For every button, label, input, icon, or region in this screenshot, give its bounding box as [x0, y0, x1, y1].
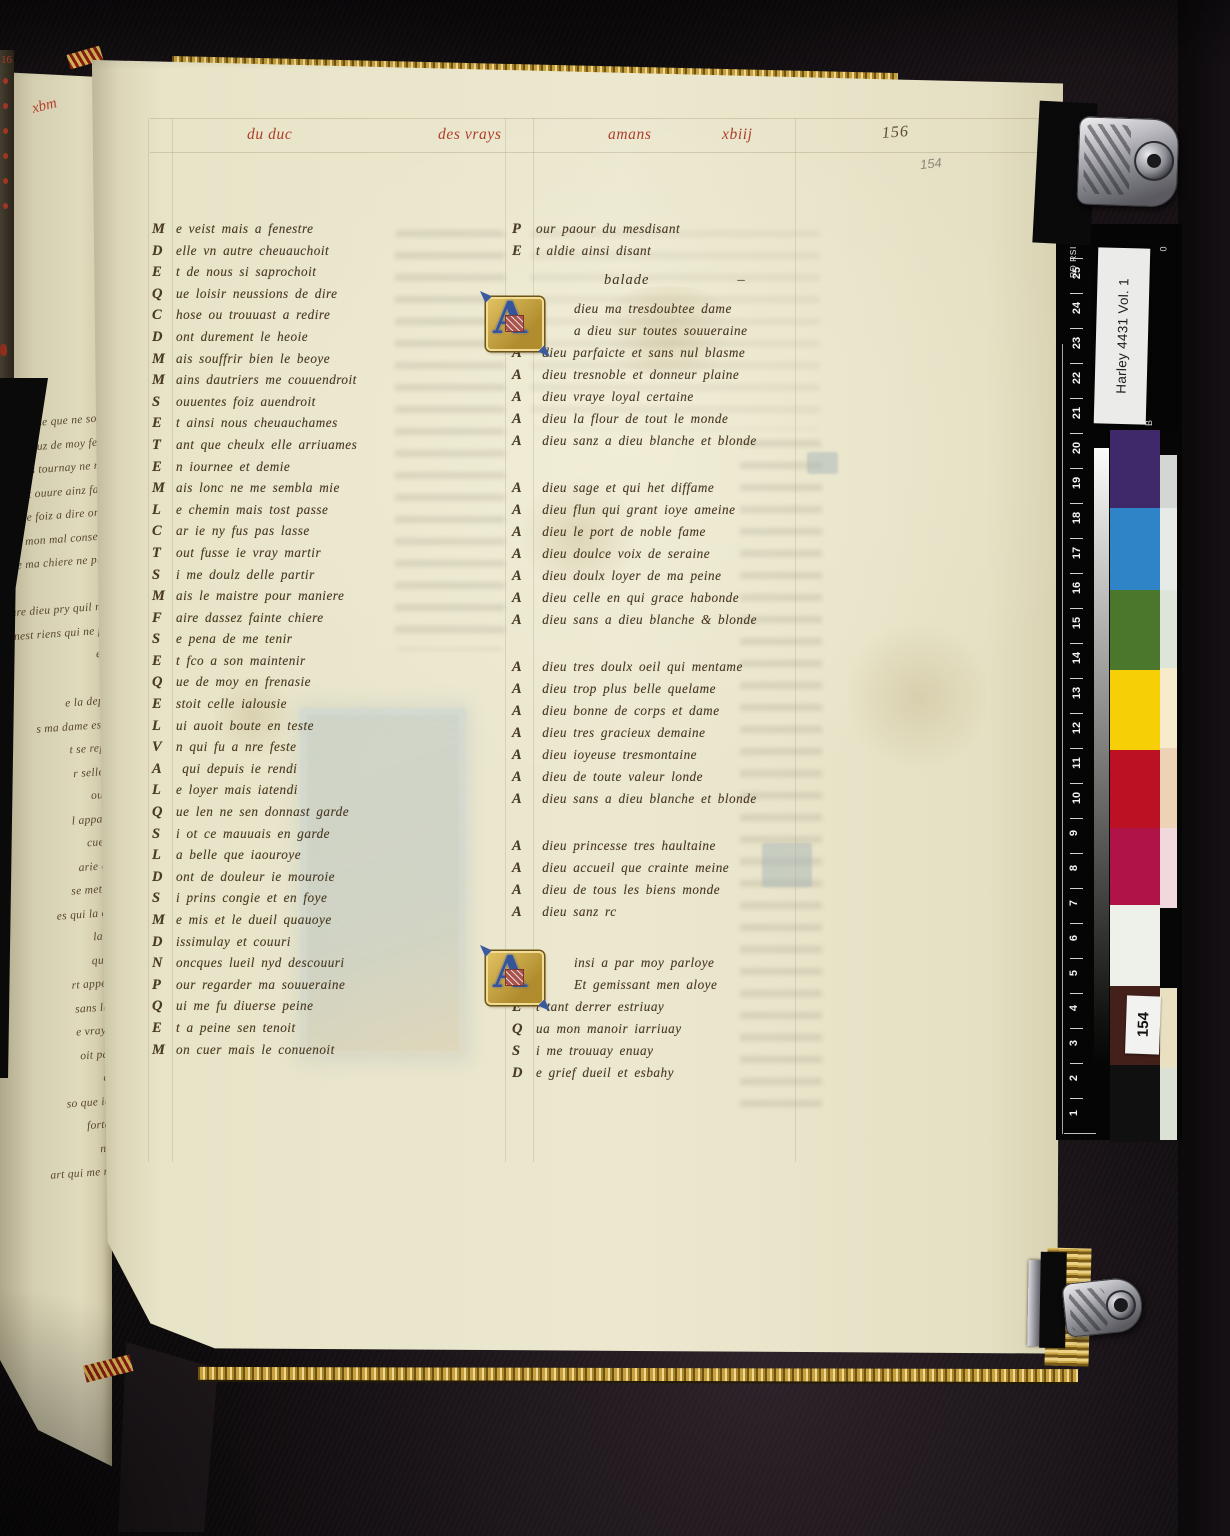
- manuscript-page: du duc des vrays amans xbiij 156 154 Me …: [88, 56, 1064, 1368]
- ruler-tick: [1070, 748, 1083, 749]
- verse-text: dieu le port de noble fame: [536, 524, 706, 539]
- verse-text: ue loisir neussions de dire: [176, 286, 337, 301]
- verse-line: A dieu la flour de tout le monde: [512, 411, 852, 433]
- verse-line: Mon cuer mais le conuenoit: [152, 1042, 487, 1064]
- verse-initial: E: [152, 415, 176, 432]
- verse-line: Se pena de me tenir: [152, 631, 487, 653]
- verse-text: dieu tresnoble et donneur plaine: [536, 367, 739, 382]
- ruler-cell: 11: [1064, 748, 1096, 783]
- verse-line: Et gemissant men aloye: [512, 977, 852, 999]
- illuminated-initial: A: [486, 297, 544, 351]
- verse-line: A dieu sans a dieu blanche & blonde: [512, 612, 852, 634]
- verse-line: Faire dassez fainte chiere: [152, 610, 487, 632]
- ruler-cell: 23: [1064, 328, 1096, 363]
- color-patch-black: [1110, 1065, 1160, 1142]
- ruler-tick: [1070, 1028, 1083, 1029]
- verse-line: Noncques lueil nyd descouuri: [152, 955, 487, 977]
- ruler-cell: 12: [1064, 713, 1096, 748]
- folio-number-ink: 156: [881, 123, 909, 143]
- color-patch-purple: [1110, 430, 1160, 508]
- verse-line: Si me trouuay enuay: [512, 1043, 852, 1065]
- verse-line: Me veist mais a fenestre: [152, 221, 487, 243]
- verse-line: A dieu bonne de corps et dame: [512, 703, 852, 725]
- verse-line: A dieu doulx loyer de ma peine: [512, 568, 852, 590]
- edge-rubric-dot: [3, 103, 8, 109]
- ruler-cell: 16: [1064, 573, 1096, 608]
- verse-text: Et gemissant men aloye: [574, 977, 717, 992]
- ruler-number: 14: [1071, 652, 1083, 664]
- verse-line: Et tant derrer estriuay: [512, 999, 852, 1021]
- ruler-number: 2: [1068, 1075, 1080, 1081]
- verse-initial: A: [512, 411, 536, 428]
- verse-initial: S: [512, 1043, 536, 1060]
- verse-text: e pena de me tenir: [176, 631, 292, 646]
- ruler-edge-line: [1062, 344, 1063, 1134]
- ruler-number: 18: [1071, 512, 1083, 524]
- ruler-number: 6: [1068, 935, 1080, 941]
- verse-text: dieu trop plus belle quelame: [536, 681, 716, 696]
- verse-line: A dieu le port de noble fame: [512, 524, 852, 546]
- ruler-tick: [1070, 958, 1083, 959]
- verse-text: dieu sans a dieu blanche et blonde: [536, 791, 757, 806]
- ruler-cell: 24: [1064, 293, 1096, 328]
- verse-line: Si me doulz delle partir: [152, 567, 487, 589]
- verse-line: Et fco a son maintenir: [152, 653, 487, 675]
- ruler-number: 20: [1071, 442, 1083, 454]
- ruler-tick: [1070, 713, 1083, 714]
- ruling-line: [150, 118, 1042, 119]
- pastel-patch-pale-green2: [1160, 1068, 1177, 1140]
- verse-text: n iournee et demie: [176, 459, 290, 474]
- verse-line: A dieu trop plus belle quelame: [512, 681, 852, 703]
- verse-text: i me doulz delle partir: [176, 567, 315, 582]
- ruler-cell: 7: [1064, 888, 1096, 923]
- ruler-number: 22: [1071, 372, 1083, 384]
- ruler-tick: [1070, 328, 1083, 329]
- verse-initial: D: [152, 329, 176, 346]
- pastel-patch-column: [1160, 430, 1177, 1140]
- edge-rubric-dot: [3, 128, 8, 134]
- verse-text: t tant derrer estriuay: [536, 999, 664, 1014]
- verse-line: Pour paour du mesdisant: [512, 221, 852, 243]
- verse-initial: E: [152, 653, 176, 670]
- right-column: Pour paour du mesdisantEt aldie ainsi di…: [512, 221, 852, 1087]
- verse-initial: M: [152, 351, 176, 368]
- verse-initial: P: [512, 221, 536, 238]
- ruler-number: 16: [1071, 582, 1083, 594]
- ruler-tick: [1070, 1098, 1083, 1099]
- verse-text: ua mon manoir iarriuay: [536, 1021, 682, 1036]
- ruler-tick: [1070, 783, 1083, 784]
- pastel-patch-peach: [1160, 748, 1177, 828]
- ruler-tick: [1070, 573, 1083, 574]
- illuminated-initial: A: [486, 951, 544, 1005]
- scribal-mark: –: [737, 272, 745, 288]
- verse-text: our paour du mesdisant: [536, 221, 680, 236]
- verse-initial: Q: [152, 998, 176, 1015]
- verse-initial: F: [152, 610, 176, 627]
- verse-text: t ainsi nous cheuauchames: [176, 415, 338, 430]
- verse-initial: E: [512, 243, 536, 260]
- verse-initial: A: [512, 769, 536, 786]
- edge-rubric-dot: [3, 178, 8, 184]
- ruler-tick: [1070, 853, 1083, 854]
- ruler-cell: 15: [1064, 608, 1096, 643]
- verse-text: dieu doulce voix de seraine: [536, 546, 710, 561]
- verse-initial: Q: [152, 804, 176, 821]
- verse-line: Que loisir neussions de dire: [152, 286, 487, 308]
- ruler-number: 8: [1068, 865, 1080, 871]
- verse-initial: A: [512, 546, 536, 563]
- verse-line: Si ot ce mauuais en garde: [152, 826, 487, 848]
- ruler-cell: 21: [1064, 398, 1096, 433]
- verse-line: Si prins congie et en foye: [152, 890, 487, 912]
- edge-rubric-dots: [3, 78, 8, 228]
- verse-initial: A: [512, 838, 536, 855]
- verse-line: A dieu accueil que crainte meine: [512, 860, 852, 882]
- verse-initial: L: [152, 502, 176, 519]
- verse-initial: A: [512, 389, 536, 406]
- ruler-tick: [1070, 538, 1083, 539]
- ruler-tick: [1070, 398, 1083, 399]
- color-patch-blue: [1110, 508, 1160, 590]
- verse-line: A dieu sanz rc: [512, 904, 852, 926]
- verse-line: Car ie ny fus pas lasse: [152, 523, 487, 545]
- bottom-metal-clip: [1061, 1276, 1144, 1338]
- verse-line: A dieu tres gracieux demaine: [512, 725, 852, 747]
- verse-text: e loyer mais iatendi: [176, 782, 298, 797]
- verse-line: Tout fusse ie vray martir: [152, 545, 487, 567]
- ruler-number: 9: [1068, 830, 1080, 836]
- ruler-tick: [1070, 433, 1083, 434]
- verse-initial: E: [152, 1020, 176, 1037]
- verse-text: i ot ce mauuais en garde: [176, 826, 330, 841]
- verse-text: dieu parfaicte et sans nul blasme: [536, 345, 745, 360]
- verse-line: Dissimulay et couuri: [152, 934, 487, 956]
- edge-rubric-number: 16: [1, 54, 12, 66]
- running-header-word: des vrays: [438, 126, 502, 144]
- verse-text: dieu vraye loyal certaine: [536, 389, 694, 404]
- ruler-cell: 8: [1064, 853, 1096, 888]
- verse-text: n qui fu a nre feste: [176, 739, 297, 754]
- ruler-tick: [1070, 363, 1083, 364]
- manuscript-photo: xbm ne chose que ne soyeui souuz de moy …: [0, 0, 1230, 1536]
- verse-line: Et a peine sen tenoit: [152, 1020, 487, 1042]
- verse-line: Le loyer mais iatendi: [152, 782, 487, 804]
- verse-text: dieu sanz a dieu blanche et blonde: [536, 433, 757, 448]
- verse-line: Tant que cheulx elle arriuames: [152, 437, 487, 459]
- verse-line: Delle vn autre cheuauchoit: [152, 243, 487, 265]
- verse-initial: M: [152, 480, 176, 497]
- verse-initial: M: [152, 221, 176, 238]
- top-metal-clip: [1076, 116, 1179, 207]
- verse-line: A dieu vraye loyal certaine: [512, 389, 852, 411]
- edge-rubric-dot: [3, 203, 8, 209]
- ruler-tick: [1070, 503, 1083, 504]
- verse-initial: M: [152, 372, 176, 389]
- verse-initial: Q: [152, 286, 176, 303]
- verse-line: Mais le maistre pour maniere: [152, 588, 487, 610]
- ruler-tick: [1070, 818, 1083, 819]
- edge-rubric-dot: [3, 153, 8, 159]
- verse-initial: A: [512, 882, 536, 899]
- pastel-patch-pink: [1160, 828, 1177, 908]
- ruler-number: 5: [1068, 970, 1080, 976]
- color-patch-white: [1110, 905, 1160, 986]
- verse-line: Me mis et le dueil quauoye: [152, 912, 487, 934]
- verse-line: Souuentes foiz auendroit: [152, 394, 487, 416]
- verse-block: Pour paour du mesdisantEt aldie ainsi di…: [512, 221, 852, 265]
- verse-line: A dieu sage et qui het diffame: [512, 480, 852, 502]
- verse-text: ant que cheulx elle arriuames: [176, 437, 357, 452]
- verse-line: A dieu de toute valeur londe: [512, 769, 852, 791]
- verse-text: dieu tres doulx oeil qui mentame: [536, 659, 743, 674]
- ruler-cell: 22: [1064, 363, 1096, 398]
- verse-text: i prins congie et en foye: [176, 890, 327, 905]
- verse-initial: A: [512, 747, 536, 764]
- verse-line: La belle que iaouroye: [152, 847, 487, 869]
- pastel-patch-gap-black2: [1160, 908, 1177, 988]
- pastel-patch-gap-black: [1160, 430, 1177, 455]
- verse-initial: A: [512, 524, 536, 541]
- verse-line: Dont de douleur ie mouroie: [152, 869, 487, 891]
- verse-line: Que len ne sen donnast garde: [152, 804, 487, 826]
- verse-block: A dieu princesse tres haultaineA dieu ac…: [512, 838, 852, 926]
- folio-label-text: 154: [1134, 1012, 1152, 1038]
- verse-initial: A: [512, 612, 536, 629]
- verse-initial: M: [152, 912, 176, 929]
- verse-line: insi a par moy parloye: [512, 955, 852, 977]
- illuminated-core: [506, 316, 523, 331]
- verse-initial: D: [512, 1065, 536, 1082]
- verse-initial: A: [512, 502, 536, 519]
- running-header-word: du duc: [247, 126, 292, 144]
- verse-initial: N: [152, 955, 176, 972]
- verse-line: Estoit celle ialousie: [152, 696, 487, 718]
- color-patch-yellow: [1110, 670, 1160, 750]
- verse-line: Mais lonc ne me sembla mie: [152, 480, 487, 502]
- ruler-cell: 20: [1064, 433, 1096, 468]
- illuminated-core: [506, 970, 523, 985]
- verse-initial: A: [512, 681, 536, 698]
- verse-text: dieu sans a dieu blanche & blonde: [536, 612, 757, 627]
- verse-line: Et ainsi nous cheuauchames: [152, 415, 487, 437]
- verse-line: Lui auoit boute en teste: [152, 718, 487, 740]
- ballade-heading: balade: [604, 272, 649, 288]
- verse-text: a dieu sur toutes souueraine: [574, 323, 747, 338]
- verse-line: A dieu parfaicte et sans nul blasme: [512, 345, 852, 367]
- verse-text: hose ou trouuast a redire: [176, 307, 330, 322]
- verse-initial: E: [152, 264, 176, 281]
- verse-line: A dieu tres doulx oeil qui mentame: [512, 659, 852, 681]
- ruling-line: [150, 152, 1042, 153]
- verse-text: issimulay et couuri: [176, 934, 291, 949]
- verse-initial: A: [512, 725, 536, 742]
- verse-initial: C: [152, 307, 176, 324]
- verse-line: A dieu ioyeuse tresmontaine: [512, 747, 852, 769]
- verse-text: dieu sanz rc: [536, 904, 617, 919]
- parchment-stain: [848, 616, 988, 776]
- ruler-tick: [1070, 643, 1083, 644]
- verse-initial: Q: [512, 1021, 536, 1038]
- pastel-patch-cream2: [1160, 988, 1177, 1068]
- ruler-cell: 13: [1064, 678, 1096, 713]
- edge-rubric-dot: [3, 78, 8, 84]
- verse-text: dieu ma tresdoubtee dame: [574, 301, 732, 316]
- facing-page-rubric: xbm: [30, 95, 58, 118]
- verse-block: A dieu tres doulx oeil qui mentameA dieu…: [512, 659, 852, 813]
- verse-initial: Q: [152, 674, 176, 691]
- verse-line: A dieu sans a dieu blanche et blonde: [512, 791, 852, 813]
- verse-line: A dieu de tous les biens monde: [512, 882, 852, 904]
- ruling-line: [505, 118, 506, 1162]
- verse-line: En iournee et demie: [152, 459, 487, 481]
- ruler-number: 24: [1071, 302, 1083, 314]
- verse-text: ouuentes foiz auendroit: [176, 394, 316, 409]
- verse-text: t fco a son maintenir: [176, 653, 306, 668]
- ruler-tick: [1070, 888, 1083, 889]
- folio-label: 154: [1125, 995, 1161, 1054]
- ruler-number: 23: [1071, 337, 1083, 349]
- verse-text: ui auoit boute en teste: [176, 718, 314, 733]
- left-column: Me veist mais a fenestreDelle vn autre c…: [152, 221, 487, 1063]
- verse-initial: A: [512, 791, 536, 808]
- ruler-number: 13: [1071, 687, 1083, 699]
- ruler-cell: 6: [1064, 923, 1096, 958]
- ruler-cell: 9: [1064, 818, 1096, 853]
- verse-text: dieu de tous les biens monde: [536, 882, 720, 897]
- ruler-cell: 5: [1064, 958, 1096, 993]
- verse-text: a belle que iaouroye: [176, 847, 301, 862]
- verse-text: t a peine sen tenoit: [176, 1020, 296, 1035]
- shelfmark-text: Harley 4431 Vol. 1: [1113, 278, 1131, 394]
- ruler-tick: [1070, 468, 1083, 469]
- verse-initial: T: [152, 437, 176, 454]
- verse-line: A dieu princesse tres haultaine: [512, 838, 852, 860]
- verse-text: ue len ne sen donnast garde: [176, 804, 349, 819]
- verse-initial: A: [512, 568, 536, 585]
- ruler-number: 12: [1071, 722, 1083, 734]
- verse-line: A dieu flun qui grant ioye ameine: [512, 502, 852, 524]
- verse-initial: D: [152, 869, 176, 886]
- verse-text: dieu accueil que crainte meine: [536, 860, 729, 875]
- ruler-tick: [1070, 293, 1083, 294]
- ruler-cell: 3: [1064, 1028, 1096, 1063]
- verse-initial: A: [512, 433, 536, 450]
- ruler-number: 17: [1071, 547, 1083, 559]
- verse-text: dieu celle en qui grace habonde: [536, 590, 739, 605]
- bar-mark-o: 0: [1159, 246, 1169, 251]
- clip-grooves: [1083, 123, 1131, 195]
- verse-text: out fusse ie vray martir: [176, 545, 321, 560]
- verse-line: Que de moy en frenasie: [152, 674, 487, 696]
- ruler-tick: [1070, 1063, 1083, 1064]
- ruler-number: 19: [1071, 477, 1083, 489]
- verse-text: oncques lueil nyd descouuri: [176, 955, 345, 970]
- ruler-cell: 17: [1064, 538, 1096, 573]
- ruler-number: 1: [1068, 1110, 1080, 1116]
- verse-initial: S: [152, 394, 176, 411]
- verse-text: aire dassez fainte chiere: [176, 610, 324, 625]
- verse-initial: S: [152, 826, 176, 843]
- verse-text: dieu tres gracieux demaine: [536, 725, 706, 740]
- verse-text: dieu doulx loyer de ma peine: [536, 568, 722, 583]
- running-header-word: xbiij: [722, 126, 753, 144]
- verse-initial: A: [512, 904, 536, 921]
- verse-line: Chose ou trouuast a redire: [152, 307, 487, 329]
- verse-text: t de nous si saprochoit: [176, 264, 316, 279]
- verse-text: insi a par moy parloye: [574, 955, 714, 970]
- verse-text: e chemin mais tost passe: [176, 502, 328, 517]
- ruling-line: [148, 118, 149, 1162]
- verse-text: e mis et le dueil quauoye: [176, 912, 332, 927]
- verse-block: balade–: [512, 272, 852, 296]
- verse-text: ue de moy en frenasie: [176, 674, 311, 689]
- grayscale-strip: [1094, 448, 1109, 1062]
- verse-initial: A: [152, 761, 176, 778]
- clip-grooves: [1068, 1287, 1108, 1334]
- verse-initial: L: [152, 782, 176, 799]
- background-band: [1178, 0, 1230, 1536]
- verse-initial: T: [152, 545, 176, 562]
- ruler-tick: [1070, 608, 1083, 609]
- ruler-number: 15: [1071, 617, 1083, 629]
- pastel-patch-white-blue: [1160, 508, 1177, 590]
- verse-initial: A: [512, 703, 536, 720]
- shelfmark-label: Harley 4431 Vol. 1: [1094, 247, 1151, 424]
- ruler-cell: 18: [1064, 503, 1096, 538]
- verse-text: e veist mais a fenestre: [176, 221, 313, 236]
- verse-initial: E: [152, 459, 176, 476]
- verse-initial: C: [152, 523, 176, 540]
- verse-line: Mains dautriers me couuendroit: [152, 372, 487, 394]
- ruler-number: 10: [1071, 792, 1083, 804]
- pastel-patch-pale-green: [1160, 590, 1177, 668]
- verse-initial: V: [152, 739, 176, 756]
- verse-line: Vn qui fu a nre feste: [152, 739, 487, 761]
- verse-block: A dieu sage et qui het diffameA dieu flu…: [512, 480, 852, 634]
- verse-line: Qui me fu diuerse peine: [152, 998, 487, 1020]
- verse-text: qui depuis ie rendi: [176, 761, 297, 776]
- verse-text: ui me fu diuerse peine: [176, 998, 313, 1013]
- verse-initial: E: [152, 696, 176, 713]
- verse-text: dieu sage et qui het diffame: [536, 480, 714, 495]
- ruler-tick: [1070, 678, 1083, 679]
- verse-initial: D: [152, 243, 176, 260]
- verse-initial: A: [512, 659, 536, 676]
- verse-initial: S: [152, 631, 176, 648]
- edge-red-mark: [0, 344, 7, 356]
- bar-mark-b: B: [1144, 420, 1154, 426]
- verse-text: on cuer mais le conuenoit: [176, 1042, 335, 1057]
- verse-text: our regarder ma souueraine: [176, 977, 345, 992]
- verse-text: elle vn autre cheuauchoit: [176, 243, 329, 258]
- ruler-number: 7: [1068, 900, 1080, 906]
- verse-initial: A: [512, 480, 536, 497]
- verse-line: Qua mon manoir iarriuay: [512, 1021, 852, 1043]
- verse-line: Dont durement le heoie: [152, 329, 487, 351]
- verse-line: dieu ma tresdoubtee dame: [512, 301, 852, 323]
- ruler-cell: 1: [1064, 1098, 1096, 1133]
- verse-line: Le chemin mais tost passe: [152, 502, 487, 524]
- verse-line: A qui depuis ie rendi: [152, 761, 487, 783]
- verse-text: dieu de toute valeur londe: [536, 769, 703, 784]
- pastel-patch-light-gray: [1160, 455, 1177, 508]
- verse-line: Mais souffrir bien le beoye: [152, 351, 487, 373]
- verse-line: Et aldie ainsi disant: [512, 243, 852, 265]
- verse-text: ais le maistre pour maniere: [176, 588, 344, 603]
- verse-text: dieu bonne de corps et dame: [536, 703, 720, 718]
